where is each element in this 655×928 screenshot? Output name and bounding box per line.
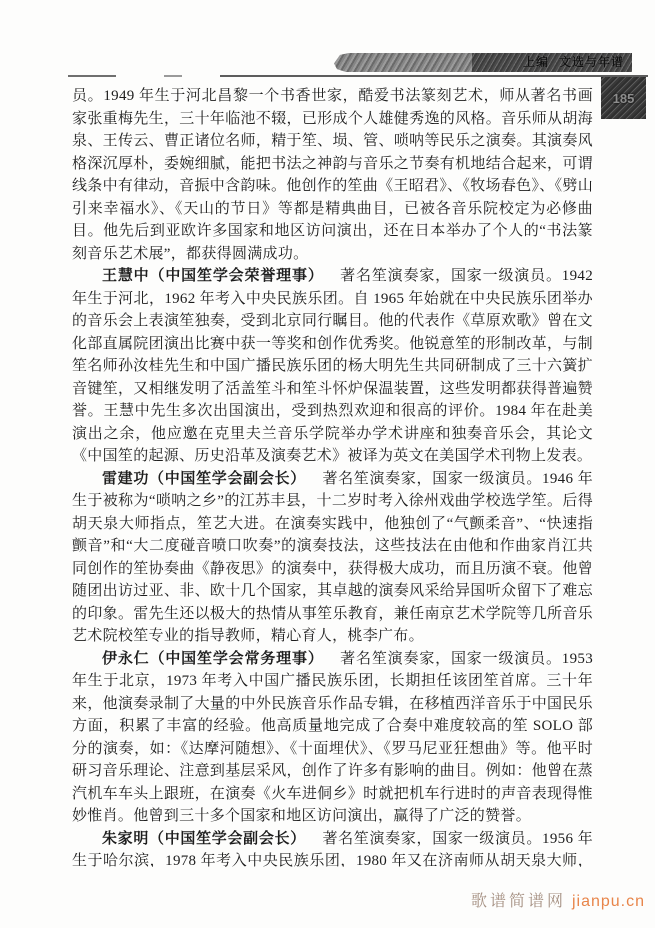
running-header-section: 上编 xyxy=(523,55,549,69)
paragraph-text: 著名笙演奏家，国家一级演员。1942 年生于河北，1962 年考入中央民族乐团。… xyxy=(72,268,593,464)
paragraph-text: 员。1949 年生于河北昌黎一个书香世家，酷爱书法篆刻艺术，师从著名书画家张重梅… xyxy=(72,88,593,262)
paragraph: 雷建功（中国笙学会副会长）著名笙演奏家，国家一级演员。1946 年生于被称为“唢… xyxy=(72,468,593,648)
running-header: 上编文选与年谱 xyxy=(523,55,624,70)
header-rule xyxy=(68,75,648,77)
watermark: 歌谱简谱网jianpu.cn xyxy=(471,888,645,911)
entry-name-heading: 朱家明（中国笙学会副会长） xyxy=(102,830,306,847)
entry-name-heading: 王慧中（中国笙学会荣誉理事） xyxy=(102,267,324,284)
entry-name-heading: 雷建功（中国笙学会副会长） xyxy=(102,470,306,487)
running-header-band: 上编文选与年谱 xyxy=(334,53,632,72)
paragraph-text: 著名笙演奏家，国家一级演员。1953 年生于北京，1973 年考入中国广播民族乐… xyxy=(72,651,593,825)
entry-name-heading: 伊永仁（中国笙学会常务理事） xyxy=(102,650,324,667)
paragraph: 伊永仁（中国笙学会常务理事）著名笙演奏家，国家一级演员。1953 年生于北京，1… xyxy=(72,648,593,828)
watermark-site-url: jianpu.cn xyxy=(572,893,645,910)
page-number: 185 xyxy=(613,91,635,106)
paragraph: 朱家明（中国笙学会副会长）著名笙演奏家，国家一级演员。1956 年生于哈尔滨，1… xyxy=(72,828,593,868)
scanned-book-page: 上编文选与年谱 185 员。1949 年生于河北昌黎一个书香世家，酷爱书法篆刻艺… xyxy=(0,0,655,928)
page-number-badge: 185 xyxy=(601,77,646,119)
page-body: 员。1949 年生于河北昌黎一个书香世家，酷爱书法篆刻艺术，师从著名书画家张重梅… xyxy=(72,85,593,867)
paragraph: 员。1949 年生于河北昌黎一个书香世家，酷爱书法篆刻艺术，师从著名书画家张重梅… xyxy=(72,85,593,265)
watermark-site-name: 歌谱简谱网 xyxy=(471,893,566,910)
paragraph: 王慧中（中国笙学会荣誉理事）著名笙演奏家，国家一级演员。1942 年生于河北，1… xyxy=(72,265,593,468)
running-header-chapter: 文选与年谱 xyxy=(559,55,624,69)
paragraph-text: 著名笙演奏家，国家一级演员。1946 年生于被称为“唢呐之乡”的江苏丰县，十二岁… xyxy=(72,471,593,645)
